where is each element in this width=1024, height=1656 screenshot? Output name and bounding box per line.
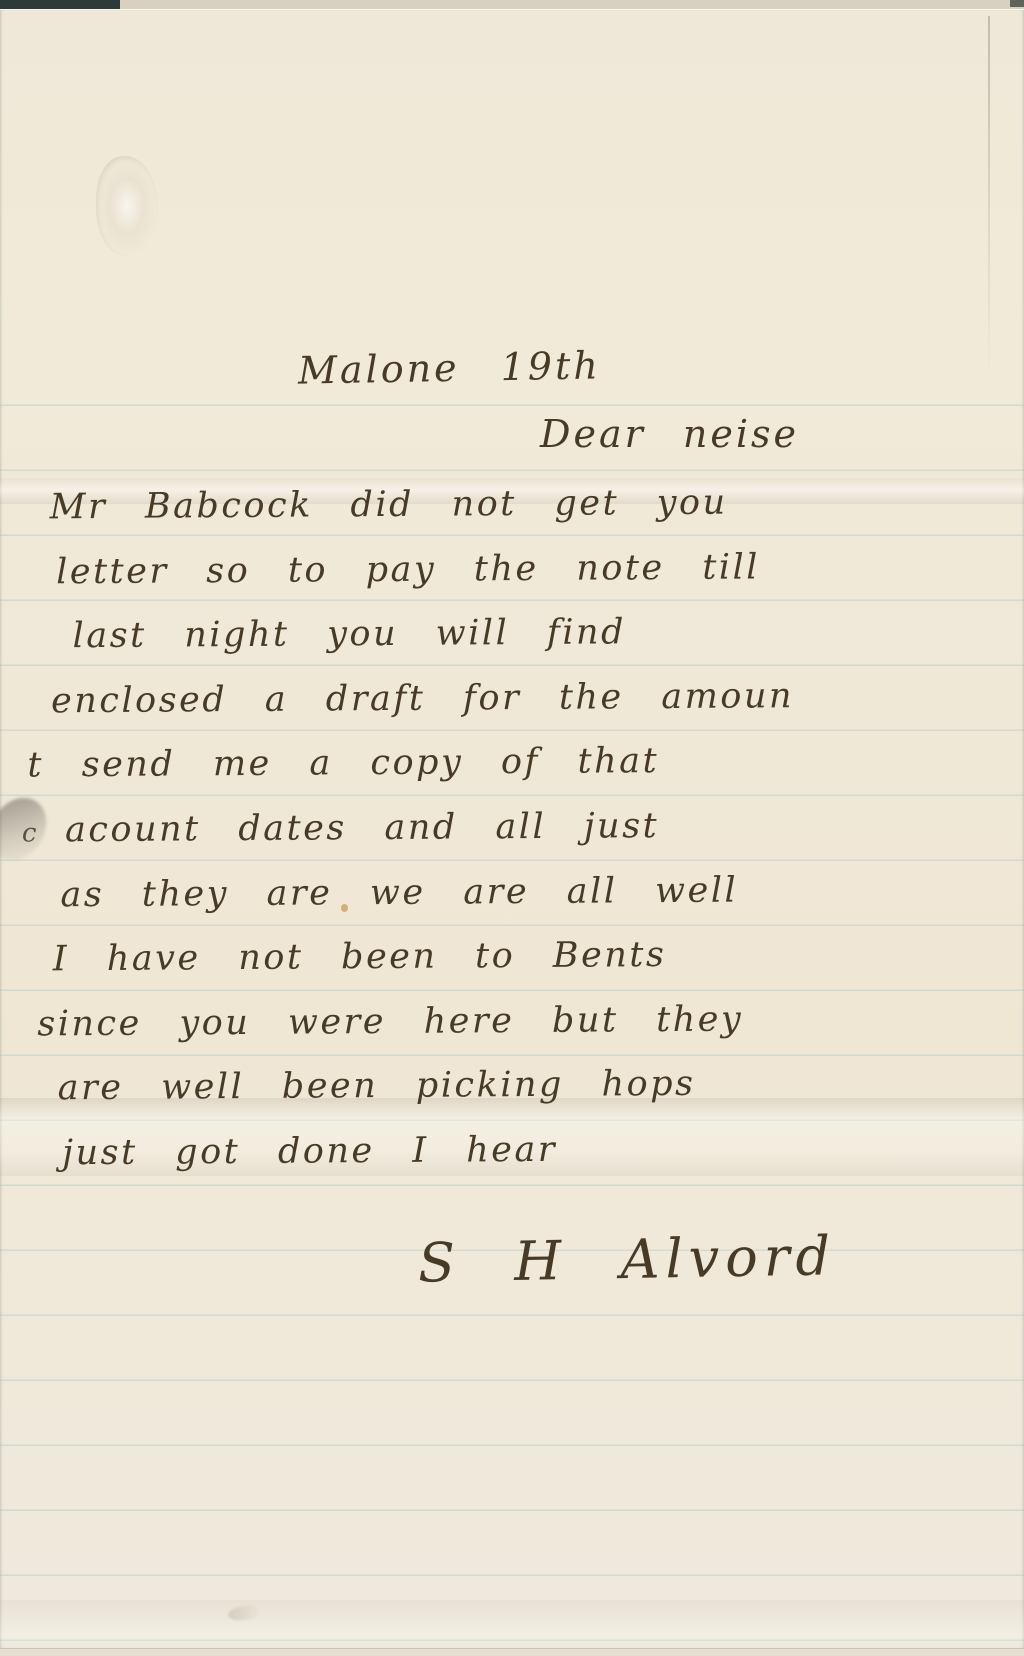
body-line: t send me a copy of that: [27, 739, 1003, 810]
embossed-blotch: [96, 156, 158, 256]
signature: S H Alvord: [417, 1224, 836, 1294]
body-line: since you were here but they: [37, 997, 1005, 1068]
body-line: last night you will find: [50, 610, 1002, 681]
body-line-text: acount dates and all just: [65, 806, 659, 850]
body-line: I have not been to Bents: [53, 933, 1005, 1004]
body-line: enclosed a draft for the amoun: [51, 674, 1003, 745]
letter-body: Mr Babcock did not get you letter so to …: [50, 481, 1007, 1198]
salutation: Dear neise: [540, 412, 799, 456]
body-line: Mr Babcock did not get you: [50, 481, 1002, 552]
paper-bottom-edge: [0, 1648, 1024, 1656]
body-line: letter so to pay the note till: [50, 545, 1002, 616]
letter-paper: Malone 19th Dear neise Mr Babcock did no…: [0, 9, 1024, 1656]
body-line: are well been picking hops: [54, 1062, 1006, 1133]
body-line: just got done I hear: [54, 1127, 1006, 1198]
scanned-letter: Malone 19th Dear neise Mr Babcock did no…: [0, 0, 1024, 1656]
body-line: cacount dates and all just: [22, 804, 1004, 875]
body-line: as they are we are all well: [52, 868, 1004, 939]
scan-background-top-right: [1010, 0, 1024, 7]
dateline: Malone 19th: [298, 343, 601, 392]
paper-edge-line: [988, 16, 990, 376]
stray-margin-mark: c: [22, 818, 39, 848]
